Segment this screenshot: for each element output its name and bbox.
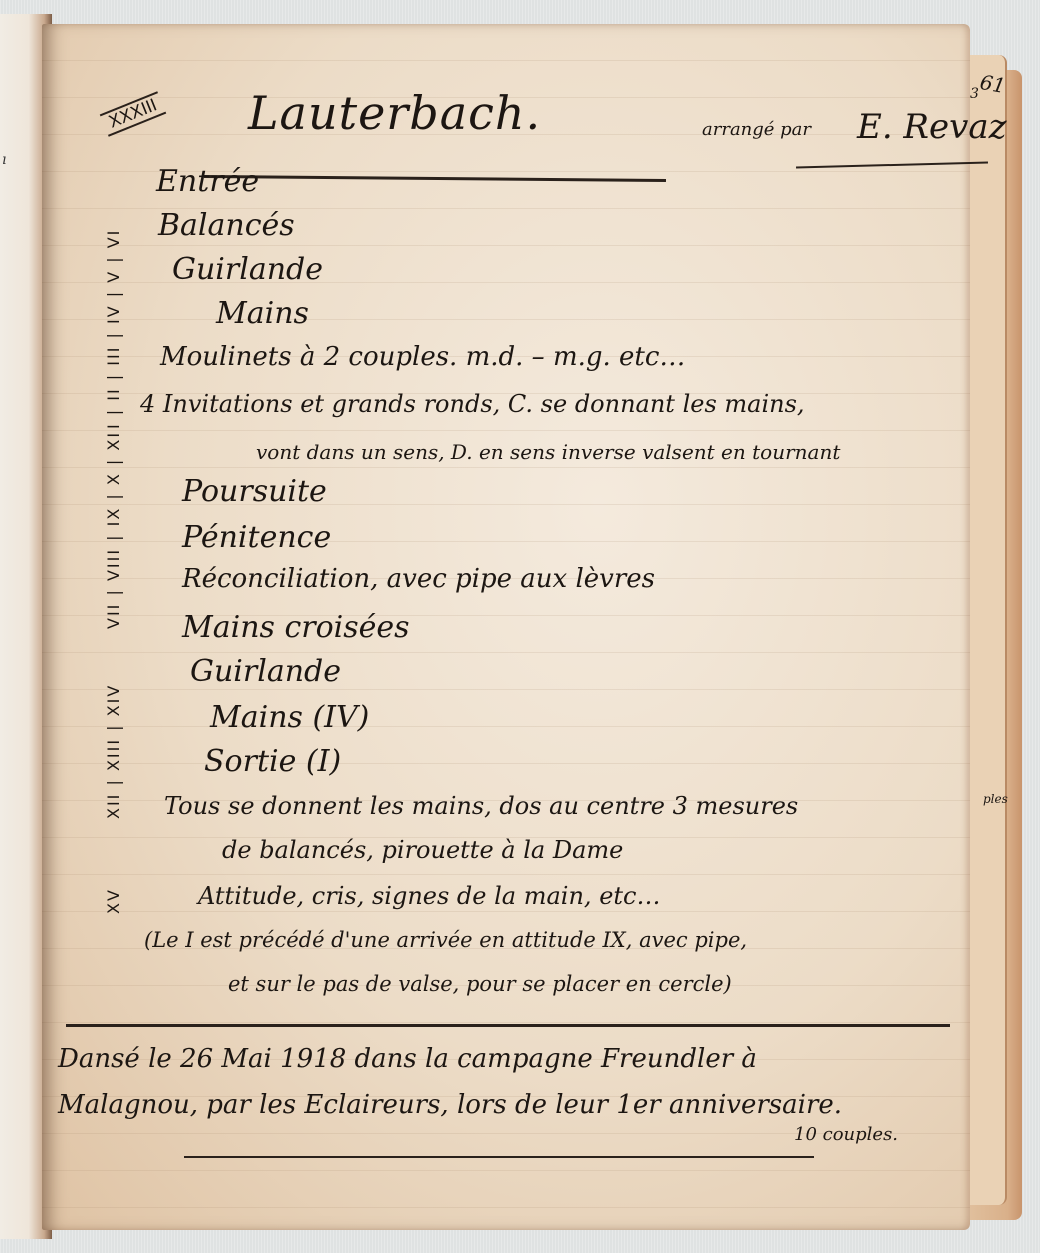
- footer-line-1: Dansé le 26 Mai 1918 dans la campagne Fr…: [58, 1044, 757, 1074]
- next-page-mark: 3: [970, 86, 979, 102]
- figure-line: Mains (IV): [210, 700, 369, 735]
- figure-line: Entrée: [156, 164, 259, 199]
- footer-line-2: Malagnou, par les Eclaireurs, lors de le…: [58, 1090, 842, 1120]
- footer-top-rule: [66, 1024, 950, 1027]
- figure-line: Balancés: [158, 208, 295, 243]
- couples-count: 10 couples.: [794, 1124, 898, 1145]
- figure-line: Tous se donnent les mains, dos au centre…: [164, 792, 798, 820]
- margin-numerals-upper: I | II | III | IV | V | VI: [104, 369, 123, 429]
- figure-line: Mains: [216, 296, 309, 331]
- figure-line: vont dans un sens, D. en sens inverse va…: [256, 440, 840, 464]
- figure-line: Sortie (I): [204, 744, 341, 779]
- chapter-number: XXXIII: [100, 91, 166, 136]
- arranged-by-label: arrangé par: [702, 119, 811, 140]
- figure-line: Moulinets à 2 couples. m.d. – m.g. etc…: [160, 342, 685, 372]
- left-page-mark: ı: [2, 152, 6, 168]
- arranger-name: E. Revaz: [857, 107, 1007, 147]
- figure-line: 4 Invitations et grands ronds, C. se don…: [140, 390, 805, 418]
- margin-numerals-middle: VII | VIII | IX | X | XI: [104, 569, 123, 629]
- next-page-side-mark: ples: [983, 792, 1008, 806]
- page-number: 61: [978, 70, 1007, 98]
- figure-line: Mains croisées: [182, 610, 410, 645]
- arranger-underline: [796, 161, 988, 168]
- figure-line: Attitude, cris, signes de la main, etc…: [198, 882, 660, 910]
- notebook-page: XXXIII Lauterbach. 61 arrangé par E. Rev…: [42, 24, 970, 1230]
- figure-line: et sur le pas de valse, pour se placer e…: [228, 972, 732, 996]
- title-underline: [204, 175, 666, 182]
- page-title: Lauterbach.: [248, 86, 541, 140]
- figure-line: (Le I est précédé d'une arrivée en attit…: [144, 928, 747, 952]
- figure-line: Guirlande: [190, 654, 341, 689]
- figure-line: Pénitence: [182, 520, 331, 555]
- figure-line: Poursuite: [182, 474, 327, 509]
- margin-numerals-lower: XII | XIII | XIV: [104, 759, 123, 819]
- figure-line: Guirlande: [172, 252, 323, 287]
- footer-bottom-rule: [184, 1156, 814, 1158]
- figure-line: Réconciliation, avec pipe aux lèvres: [182, 564, 655, 594]
- margin-numerals-bottom: XV: [104, 854, 123, 914]
- figure-line: de balancés, pirouette à la Dame: [222, 836, 623, 864]
